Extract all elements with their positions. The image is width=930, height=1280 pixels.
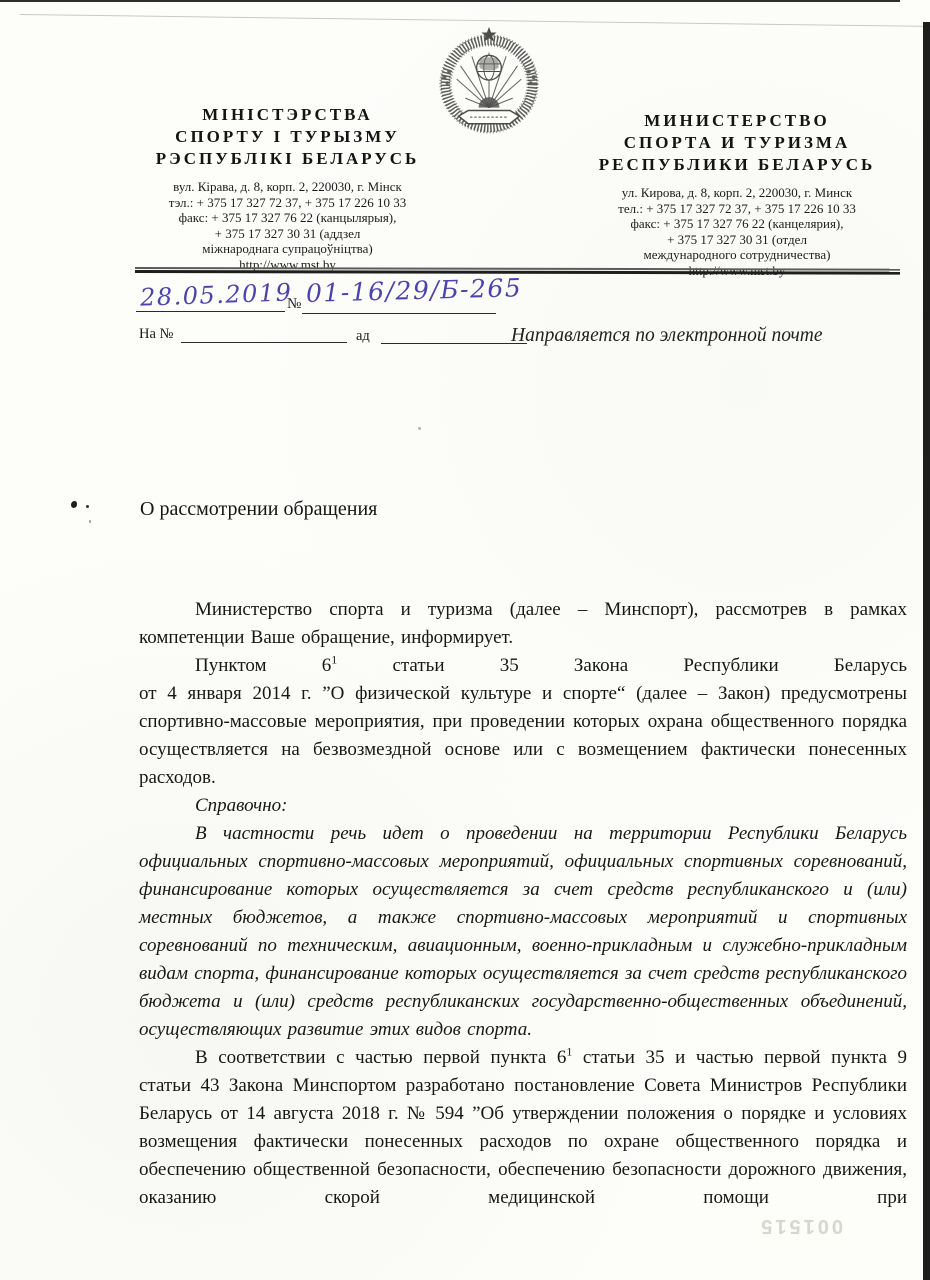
text-segment: статьи 35 и частью первой пункта 9 стать… bbox=[139, 1047, 907, 1208]
ministry-name-ru-line: МИНИСТЕРСТВО bbox=[557, 110, 917, 132]
scan-edge-top bbox=[0, 0, 930, 2]
ministry-address-ru: ул. Кирова, д. 8, корп. 2, 220030, г. Ми… bbox=[557, 185, 917, 279]
date-blank-line bbox=[136, 311, 285, 312]
handwritten-outgoing-number: 01-16/29/Б-265 bbox=[306, 273, 523, 308]
text-segment: статьи 35 Закона Республики Беларусь bbox=[392, 655, 907, 676]
reference-note-label: Справочно: bbox=[139, 792, 907, 820]
text-segment: В соответствии с частью первой пункта 6 bbox=[195, 1047, 566, 1068]
letter-body: Министерство спорта и туризма (далее – М… bbox=[139, 596, 907, 1212]
paragraph-law-first-line: Пунктом 61 статьи 35 Закона Республики Б… bbox=[139, 652, 907, 680]
reference-note-text: В частности речь идет о проведении на те… bbox=[139, 820, 907, 1044]
address-line: международного сотрудничества) bbox=[557, 247, 917, 263]
address-line: + 375 17 327 30 31 (аддзел bbox=[115, 226, 460, 242]
number-sign-label: № bbox=[287, 296, 301, 313]
paragraph-intro: Министерство спорта и туризма (далее – М… bbox=[139, 596, 907, 652]
delivery-method-note: Направляется по электронной почте bbox=[511, 325, 891, 347]
superscript-1: 1 bbox=[331, 653, 337, 667]
scan-corner-wedge bbox=[900, 0, 930, 24]
letterhead-belarusian: МІНІСТЭРСТВА СПОРТУ І ТУРЫЗМУ РЭСПУБЛІКІ… bbox=[115, 104, 460, 273]
text-segment: Пунктом 6 bbox=[195, 655, 331, 676]
address-line: тел.: + 375 17 327 72 37, + 375 17 226 1… bbox=[557, 201, 917, 217]
ministry-name-ru-line: РЕСПУБЛИКИ БЕЛАРУСЬ bbox=[557, 154, 917, 176]
address-line: + 375 17 327 30 31 (отдел bbox=[557, 232, 917, 248]
on-number-label: На № bbox=[139, 326, 173, 343]
address-line: вул. Кірава, д. 8, корп. 2, 220030, г. М… bbox=[115, 179, 460, 195]
from-date-blank-line bbox=[381, 343, 527, 344]
on-number-blank-line bbox=[181, 342, 347, 343]
ministry-name-by-line: РЭСПУБЛІКІ БЕЛАРУСЬ bbox=[115, 148, 460, 170]
address-line: факс: + 375 17 327 76 22 (канцелярия), bbox=[557, 216, 917, 232]
ministry-address-by: вул. Кірава, д. 8, корп. 2, 220030, г. М… bbox=[115, 179, 460, 273]
letterhead-russian: МИНИСТЕРСТВО СПОРТА И ТУРИЗМА РЕСПУБЛИКИ… bbox=[557, 110, 917, 279]
address-line: міжнароднага супрацоўніцтва) bbox=[115, 241, 460, 257]
scan-edge-right bbox=[923, 22, 930, 1280]
ink-speck bbox=[71, 501, 77, 508]
from-date-label: ад bbox=[356, 328, 370, 345]
address-line: ул. Кирова, д. 8, корп. 2, 220030, г. Ми… bbox=[557, 185, 917, 201]
address-line: факс: + 375 17 327 76 22 (канцылярыя), bbox=[115, 210, 460, 226]
paragraph-resolution: В соответствии с частью первой пункта 61… bbox=[139, 1044, 907, 1212]
ministry-name-by-line: МІНІСТЭРСТВА bbox=[115, 104, 460, 126]
ministry-name-ru-line: СПОРТА И ТУРИЗМА bbox=[557, 132, 917, 154]
paragraph-law-rest: от 4 января 2014 г. ”О физической культу… bbox=[139, 680, 907, 792]
ministry-name-ru: МИНИСТЕРСТВО СПОРТА И ТУРИЗМА РЕСПУБЛИКИ… bbox=[557, 110, 917, 176]
ink-speck bbox=[89, 520, 91, 523]
ministry-name-by: МІНІСТЭРСТВА СПОРТУ І ТУРЫЗМУ РЭСПУБЛІКІ… bbox=[115, 104, 460, 170]
number-blank-line bbox=[302, 313, 496, 314]
scanned-letter-page: МІНІСТЭРСТВА СПОРТУ І ТУРЫЗМУ РЭСПУБЛІКІ… bbox=[0, 0, 930, 1280]
ink-speck bbox=[86, 505, 89, 508]
faint-page-stamp: 001515 bbox=[747, 1214, 843, 1237]
handwritten-date: 28.05.2019 bbox=[140, 278, 293, 311]
ministry-name-by-line: СПОРТУ І ТУРЫЗМУ bbox=[115, 126, 460, 148]
address-line: тэл.: + 375 17 327 72 37, + 375 17 226 1… bbox=[115, 195, 460, 211]
ink-speck bbox=[418, 427, 421, 430]
letter-subject: О рассмотрении обращения bbox=[140, 498, 377, 521]
